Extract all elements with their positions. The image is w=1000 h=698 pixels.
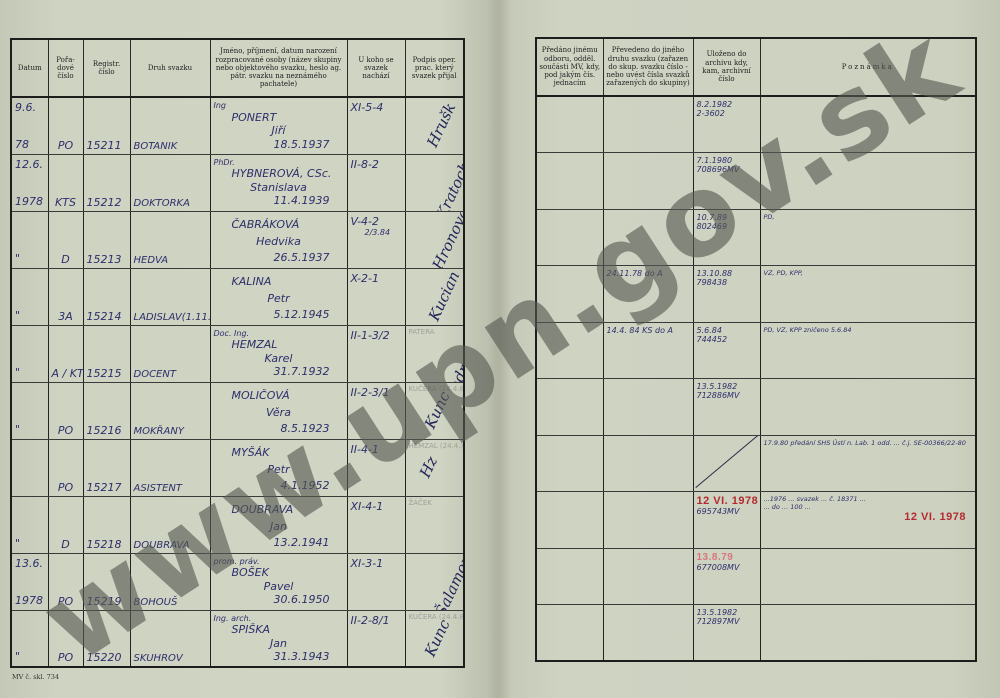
cell-podpis: Hronová xyxy=(405,211,464,268)
table-row: " PO 15216 MOKŘANY MOLIČOVÁ Věra 8.5.192… xyxy=(11,382,464,439)
name-prefix: Ing xyxy=(214,101,344,110)
ulozeno-date: 13.5.1982 xyxy=(697,608,757,617)
surname: BOŠEK xyxy=(214,566,344,579)
date-top: 9.6. xyxy=(15,101,45,114)
first-name: Hedvika xyxy=(214,235,344,248)
cell-poradove: A / KTS xyxy=(48,325,83,382)
u-koho-extra: 2/3.84 xyxy=(351,228,402,237)
cell-registr: 15215 xyxy=(83,325,130,382)
poradove-value: PO xyxy=(52,651,80,664)
header-datum: Datum xyxy=(11,39,48,97)
ulozeno-number: 677008MV xyxy=(697,563,757,572)
cell-registr: 15217 xyxy=(83,439,130,496)
table-row: 17.9.80 předání SHS Ústí n. Lab. 1 odd. … xyxy=(536,435,976,492)
table-row: 7.1.1980 708696MV xyxy=(536,153,976,210)
header-jmeno: Jméno, příjmení, datum narození rozpraco… xyxy=(210,39,347,97)
ulozeno-number: 2-3602 xyxy=(697,109,757,118)
ulozeno-date: 5.6.84 xyxy=(697,326,757,335)
cell-druh: BOHOUŠ xyxy=(130,553,210,610)
cell-predano xyxy=(536,492,603,549)
cell-poznamka xyxy=(760,605,976,662)
cell-ulozeno: 7.1.1980 708696MV xyxy=(693,153,760,210)
cell-prevedeno xyxy=(603,548,693,605)
cell-registr: 15212 xyxy=(83,154,130,211)
druh-value: ASISTENT xyxy=(134,483,207,494)
cell-ulozeno: 13.8.79 677008MV xyxy=(693,548,760,605)
cell-u-koho: II-4-1 xyxy=(347,439,405,496)
first-name: Věra xyxy=(214,406,344,419)
cell-podpis: ŽÁČEK xyxy=(405,496,464,553)
signature: Hz xyxy=(415,453,440,480)
u-koho-value: XI-5-4 xyxy=(351,101,402,114)
surname: KALINA xyxy=(214,275,344,288)
registr-value: 15219 xyxy=(87,595,127,608)
registr-value: 15218 xyxy=(87,538,127,551)
cell-u-koho: X-2-1 xyxy=(347,268,405,325)
cell-poznamka xyxy=(760,153,976,210)
date-bottom: " xyxy=(15,537,45,550)
first-name: Petr xyxy=(214,463,344,476)
table-row: " A / KTS 15215 DOCENT Doc. Ing. HEMZAL … xyxy=(11,325,464,382)
birth-date: 13.2.1941 xyxy=(214,536,344,549)
surname: PONERT xyxy=(214,111,344,124)
cell-predano xyxy=(536,379,603,436)
cell-prevedeno xyxy=(603,153,693,210)
surname: HYBNEROVÁ, CSc. xyxy=(214,167,344,180)
cell-predano xyxy=(536,322,603,379)
cell-ulozeno: 12 VI. 1978 695743MV xyxy=(693,492,760,549)
cell-poradove: PO xyxy=(48,439,83,496)
cell-podpis: Šalamoun xyxy=(405,553,464,610)
cell-registr: 15213 xyxy=(83,211,130,268)
cell-registr: 15218 xyxy=(83,496,130,553)
left-page-table: Datum Pořa-dové číslo Registr. číslo Dru… xyxy=(10,38,465,668)
u-koho-value: II-8-2 xyxy=(351,158,402,171)
cell-datum: " xyxy=(11,211,48,268)
cell-druh: SKUHROV xyxy=(130,610,210,667)
table-row: " 3A 15214 LADISLAV(1.11.78) PETR KALINA… xyxy=(11,268,464,325)
cell-jmeno: prom. práv. BOŠEK Pavel 30.6.1950 xyxy=(210,553,347,610)
poradove-value: A / KTS xyxy=(52,367,80,380)
strike-diagonal xyxy=(695,435,760,488)
podpis-note: PATERA xyxy=(409,328,435,336)
cell-registr: 15214 xyxy=(83,268,130,325)
u-koho-value: II-4-1 xyxy=(351,443,402,456)
cell-druh: BOTANIK xyxy=(130,97,210,154)
surname: ČABRÁKOVÁ xyxy=(214,218,344,231)
cell-prevedeno: 14.4. 84 KS do A xyxy=(603,322,693,379)
cell-u-koho: XI-4-1 xyxy=(347,496,405,553)
right-page-table: Předáno jinému odboru, odděl. součásti M… xyxy=(535,37,977,662)
table-row: 8.2.1982 2-3602 xyxy=(536,96,976,153)
cell-jmeno: Ing PONERT Jiří 18.5.1937 xyxy=(210,97,347,154)
druh-value: LADISLAV(1.11.78) PETR xyxy=(134,312,207,323)
prevedeno-value: 24.11.78 do A xyxy=(607,269,690,278)
registr-value: 15212 xyxy=(87,196,127,209)
date-top: 13.6. xyxy=(15,557,45,570)
cell-predano xyxy=(536,548,603,605)
birth-date: 31.7.1932 xyxy=(214,365,344,378)
birth-date: 4.1.1952 xyxy=(214,479,344,492)
cell-predano xyxy=(536,266,603,323)
poznamka-text: VZ, PD, KPP, xyxy=(764,269,973,277)
name-prefix: PhDr. xyxy=(214,158,344,167)
cell-prevedeno xyxy=(603,605,693,662)
surname: MYŠÁK xyxy=(214,446,344,459)
cell-jmeno: Ing. arch. SPIŠKA Jan 31.3.1943 xyxy=(210,610,347,667)
cell-u-koho: II-2-3/1 xyxy=(347,382,405,439)
first-name: Karel xyxy=(214,352,344,365)
birth-date: 18.5.1937 xyxy=(214,138,344,151)
cell-datum: 12.6. 1978 xyxy=(11,154,48,211)
cell-jmeno: KALINA Petr 5.12.1945 xyxy=(210,268,347,325)
registr-value: 15215 xyxy=(87,367,127,380)
header-u-koho: U koho se svazek nachází xyxy=(347,39,405,97)
signature: Kunc xyxy=(420,388,453,431)
cell-datum: " xyxy=(11,610,48,667)
cell-druh: HEDVA xyxy=(130,211,210,268)
u-koho-value: XI-3-1 xyxy=(351,557,402,570)
cell-podpis: KUČERA (24.4.82) Kunc xyxy=(405,610,464,667)
cell-datum xyxy=(11,439,48,496)
cell-prevedeno xyxy=(603,435,693,492)
cell-poznamka xyxy=(760,548,976,605)
poradove-value: D xyxy=(52,253,80,266)
cell-jmeno: MYŠÁK Petr 4.1.1952 xyxy=(210,439,347,496)
ulozeno-date: 13.10.88 xyxy=(697,269,757,278)
cell-podpis: KUČERA (24.4.82) Kunc xyxy=(405,382,464,439)
u-koho-value: X-2-1 xyxy=(351,272,402,285)
signature: Šalamoun xyxy=(431,553,464,610)
first-name: Petr xyxy=(214,292,344,305)
header-predano: Předáno jinému odboru, odděl. součásti M… xyxy=(536,38,603,96)
cell-poradove: D xyxy=(48,496,83,553)
cell-poradove: PO xyxy=(48,382,83,439)
cell-poradove: D xyxy=(48,211,83,268)
ulozeno-number: 695743MV xyxy=(697,507,757,516)
first-name: Jiří xyxy=(214,124,344,137)
signature: Kunc xyxy=(420,616,453,659)
cell-poradove: 3A xyxy=(48,268,83,325)
table-row: 24.11.78 do A 13.10.88 798438 VZ, PD, KP… xyxy=(536,266,976,323)
birth-date: 11.4.1939 xyxy=(214,194,344,207)
cell-jmeno: PhDr. HYBNEROVÁ, CSc. Stanislava 11.4.19… xyxy=(210,154,347,211)
druh-value: HEDVA xyxy=(134,255,207,266)
cell-registr: 15216 xyxy=(83,382,130,439)
cell-ulozeno: 13.5.1982 712897MV xyxy=(693,605,760,662)
table-row: 10.7.89 802469 PD, xyxy=(536,209,976,266)
signature: Kratochvíl xyxy=(432,154,464,211)
table-row: 13.8.79 677008MV xyxy=(536,548,976,605)
cell-u-koho: II-1-3/2 xyxy=(347,325,405,382)
birth-date: 30.6.1950 xyxy=(214,593,344,606)
prevedeno-value: 14.4. 84 KS do A xyxy=(607,326,690,335)
cell-prevedeno: 24.11.78 do A xyxy=(603,266,693,323)
date-bottom: " xyxy=(15,423,45,436)
birth-date: 31.3.1943 xyxy=(214,650,344,663)
date-bottom: " xyxy=(15,366,45,379)
surname: DOUBRAVA xyxy=(214,503,344,516)
ulozeno-number: 712886MV xyxy=(697,391,757,400)
cell-druh: DOUBRAVA xyxy=(130,496,210,553)
cell-podpis: HEMZAL (24.4.) Hz xyxy=(405,439,464,496)
cell-registr: 15219 xyxy=(83,553,130,610)
poradove-value: PO xyxy=(52,424,80,437)
druh-value: DOUBRAVA xyxy=(134,540,207,551)
ulozeno-number: 712897MV xyxy=(697,617,757,626)
cell-druh: ASISTENT xyxy=(130,439,210,496)
table-row: PO 15217 ASISTENT MYŠÁK Petr 4.1.1952 II… xyxy=(11,439,464,496)
registr-value: 15220 xyxy=(87,651,127,664)
signature: Hronová xyxy=(428,211,464,268)
cell-ulozeno: 13.10.88 798438 xyxy=(693,266,760,323)
cell-jmeno: Doc. Ing. HEMZAL Karel 31.7.1932 xyxy=(210,325,347,382)
cell-prevedeno xyxy=(603,492,693,549)
date-bottom: 1978 xyxy=(15,195,45,208)
cell-poradove: PO xyxy=(48,97,83,154)
header-druh-svazku: Druh svazku xyxy=(130,39,210,97)
header-poradove-cislo: Pořa-dové číslo xyxy=(48,39,83,97)
u-koho-value: V-4-2 xyxy=(351,215,402,228)
cell-poznamka: ...1976 ... svazek ... č. 18371 ... ... … xyxy=(760,492,976,549)
date-top: 12.6. xyxy=(15,158,45,171)
cell-poradove: PO xyxy=(48,610,83,667)
table-row: " PO 15220 SKUHROV Ing. arch. SPIŠKA Jan… xyxy=(11,610,464,667)
poradove-value: PO xyxy=(52,595,80,608)
cell-predano xyxy=(536,96,603,153)
poznamka-text: ...1976 ... svazek ... č. 18371 ... xyxy=(764,495,973,503)
table-row: 13.5.1982 712897MV xyxy=(536,605,976,662)
date-bottom: 78 xyxy=(15,138,45,151)
cell-datum: 13.6. 1978 xyxy=(11,553,48,610)
archive-stamp: 13.8.79 xyxy=(697,552,757,563)
cell-prevedeno xyxy=(603,379,693,436)
first-name: Pavel xyxy=(214,580,344,593)
table-row: 12 VI. 1978 695743MV ...1976 ... svazek … xyxy=(536,492,976,549)
first-name: Jan xyxy=(214,520,344,533)
cell-registr: 15211 xyxy=(83,97,130,154)
podpis-note: HEMZAL (24.4.) xyxy=(409,442,464,450)
cell-datum: " xyxy=(11,325,48,382)
cell-u-koho: XI-3-1 xyxy=(347,553,405,610)
table-row: 12.6. 1978 KTS 15212 DOKTORKA PhDr. HYBN… xyxy=(11,154,464,211)
cell-poznamka: PD, xyxy=(760,209,976,266)
druh-value: DOCENT xyxy=(134,369,207,380)
cell-predano xyxy=(536,435,603,492)
cell-u-koho: II-8-2 xyxy=(347,154,405,211)
cell-jmeno: DOUBRAVA Jan 13.2.1941 xyxy=(210,496,347,553)
registr-value: 15217 xyxy=(87,481,127,494)
poznamka-text: PD, xyxy=(764,213,973,221)
cell-poznamka xyxy=(760,379,976,436)
signature: Kucian xyxy=(424,268,462,323)
table-row: 9.6. 78 PO 15211 BOTANIK Ing PONERT Jiří… xyxy=(11,97,464,154)
registr-value: 15216 xyxy=(87,424,127,437)
cell-ulozeno: 10.7.89 802469 xyxy=(693,209,760,266)
cell-ulozeno: 13.5.1982 712886MV xyxy=(693,379,760,436)
cell-podpis: Kucian xyxy=(405,268,464,325)
table-row: " D 15218 DOUBRAVA DOUBRAVA Jan 13.2.194… xyxy=(11,496,464,553)
poznamka-text: PD, VZ, KPP zničeno 5.6.84 xyxy=(764,326,973,334)
ulozeno-number: 708696MV xyxy=(697,165,757,174)
date-bottom: " xyxy=(15,252,45,265)
cell-u-koho: V-4-2 2/3.84 xyxy=(347,211,405,268)
poradove-value: 3A xyxy=(52,310,80,323)
u-koho-value: II-2-8/1 xyxy=(351,614,402,627)
poradove-value: D xyxy=(52,538,80,551)
registr-value: 15214 xyxy=(87,310,127,323)
u-koho-value: II-1-3/2 xyxy=(351,329,402,342)
cell-ulozeno xyxy=(693,435,760,492)
ulozeno-date: 10.7.89 xyxy=(697,213,757,222)
cell-datum: " xyxy=(11,496,48,553)
poradove-value: PO xyxy=(52,139,80,152)
cell-predano xyxy=(536,209,603,266)
date-bottom: " xyxy=(15,650,45,663)
cell-podpis: Kratochvíl xyxy=(405,154,464,211)
ulozeno-number: 744452 xyxy=(697,335,757,344)
cell-poradove: PO xyxy=(48,553,83,610)
name-prefix: Ing. arch. xyxy=(214,614,344,623)
druh-value: DOKTORKA xyxy=(134,198,207,209)
cell-u-koho: II-2-8/1 xyxy=(347,610,405,667)
header-ulozeno: Uloženo do archivu kdy, kam, archivní čí… xyxy=(693,38,760,96)
cell-datum: 9.6. 78 xyxy=(11,97,48,154)
poznamka-text-2: ... do ... 100 ... xyxy=(764,503,973,511)
cell-ulozeno: 5.6.84 744452 xyxy=(693,322,760,379)
right-header-row: Předáno jinému odboru, odděl. součásti M… xyxy=(536,38,976,96)
name-prefix: Doc. Ing. xyxy=(214,329,344,338)
ulozeno-date: 13.5.1982 xyxy=(697,382,757,391)
poznamka-stamp: 12 VI. 1978 xyxy=(764,511,973,523)
table-row: 13.6. 1978 PO 15219 BOHOUŠ prom. práv. B… xyxy=(11,553,464,610)
poradove-value: KTS xyxy=(52,196,80,209)
cell-poradove: KTS xyxy=(48,154,83,211)
cell-prevedeno xyxy=(603,209,693,266)
left-header-row: Datum Pořa-dové číslo Registr. číslo Dru… xyxy=(11,39,464,97)
cell-predano xyxy=(536,153,603,210)
archive-stamp: 12 VI. 1978 xyxy=(697,495,757,507)
cell-poznamka: 17.9.80 předání SHS Ústí n. Lab. 1 odd. … xyxy=(760,435,976,492)
podpis-note: ŽÁČEK xyxy=(409,499,432,507)
signature: Hrušk xyxy=(423,100,459,150)
druh-value: BOHOUŠ xyxy=(134,597,207,608)
druh-value: BOTANIK xyxy=(134,141,207,152)
u-koho-value: XI-4-1 xyxy=(351,500,402,513)
surname: SPIŠKA xyxy=(214,623,344,636)
name-prefix: prom. práv. xyxy=(214,557,344,566)
cell-datum: " xyxy=(11,268,48,325)
table-row: 13.5.1982 712886MV xyxy=(536,379,976,436)
surname: HEMZAL xyxy=(214,338,344,351)
table-row: " D 15213 HEDVA ČABRÁKOVÁ Hedvika 26.5.1… xyxy=(11,211,464,268)
cell-poznamka: PD, VZ, KPP zničeno 5.6.84 xyxy=(760,322,976,379)
ulozeno-date: 8.2.1982 xyxy=(697,100,757,109)
book-gutter xyxy=(488,0,512,698)
first-name: Stanislava xyxy=(214,181,344,194)
surname: MOLIČOVÁ xyxy=(214,389,344,402)
header-poznamka: Poznámka xyxy=(760,38,976,96)
birth-date: 5.12.1945 xyxy=(214,308,344,321)
birth-date: 26.5.1937 xyxy=(214,251,344,264)
cell-poznamka xyxy=(760,96,976,153)
form-code: MV č. skl. 734 xyxy=(12,673,59,681)
header-prevedeno: Převedeno do jiného druhu svazku (zařaze… xyxy=(603,38,693,96)
cell-registr: 15220 xyxy=(83,610,130,667)
cell-prevedeno xyxy=(603,96,693,153)
cell-druh: LADISLAV(1.11.78) PETR xyxy=(130,268,210,325)
cell-poznamka: VZ, PD, KPP, xyxy=(760,266,976,323)
table-row: 14.4. 84 KS do A 5.6.84 744452 PD, VZ, K… xyxy=(536,322,976,379)
cell-druh: DOKTORKA xyxy=(130,154,210,211)
cell-predano xyxy=(536,605,603,662)
registr-value: 15211 xyxy=(87,139,127,152)
signature: Ondra Roman xyxy=(440,325,464,382)
date-bottom: " xyxy=(15,309,45,322)
registr-value: 15213 xyxy=(87,253,127,266)
poradove-value: PO xyxy=(52,481,80,494)
header-podpis: Podpis oper. prac. který svazek přijal xyxy=(405,39,464,97)
druh-value: MOKŘANY xyxy=(134,426,207,437)
cell-u-koho: XI-5-4 xyxy=(347,97,405,154)
header-registr-cislo: Registr. číslo xyxy=(83,39,130,97)
cell-podpis: Hrušk xyxy=(405,97,464,154)
cell-druh: MOKŘANY xyxy=(130,382,210,439)
cell-jmeno: MOLIČOVÁ Věra 8.5.1923 xyxy=(210,382,347,439)
cell-druh: DOCENT xyxy=(130,325,210,382)
cell-datum: " xyxy=(11,382,48,439)
first-name: Jan xyxy=(214,637,344,650)
ulozeno-number: 802469 xyxy=(697,222,757,231)
birth-date: 8.5.1923 xyxy=(214,422,344,435)
cell-podpis: PATERA Ondra Roman xyxy=(405,325,464,382)
ulozeno-date: 7.1.1980 xyxy=(697,156,757,165)
ulozeno-number: 798438 xyxy=(697,278,757,287)
cell-jmeno: ČABRÁKOVÁ Hedvika 26.5.1937 xyxy=(210,211,347,268)
poznamka-text: 17.9.80 předání SHS Ústí n. Lab. 1 odd. … xyxy=(764,439,973,447)
cell-ulozeno: 8.2.1982 2-3602 xyxy=(693,96,760,153)
u-koho-value: II-2-3/1 xyxy=(351,386,402,399)
druh-value: SKUHROV xyxy=(134,653,207,664)
date-bottom: 1978 xyxy=(15,594,45,607)
